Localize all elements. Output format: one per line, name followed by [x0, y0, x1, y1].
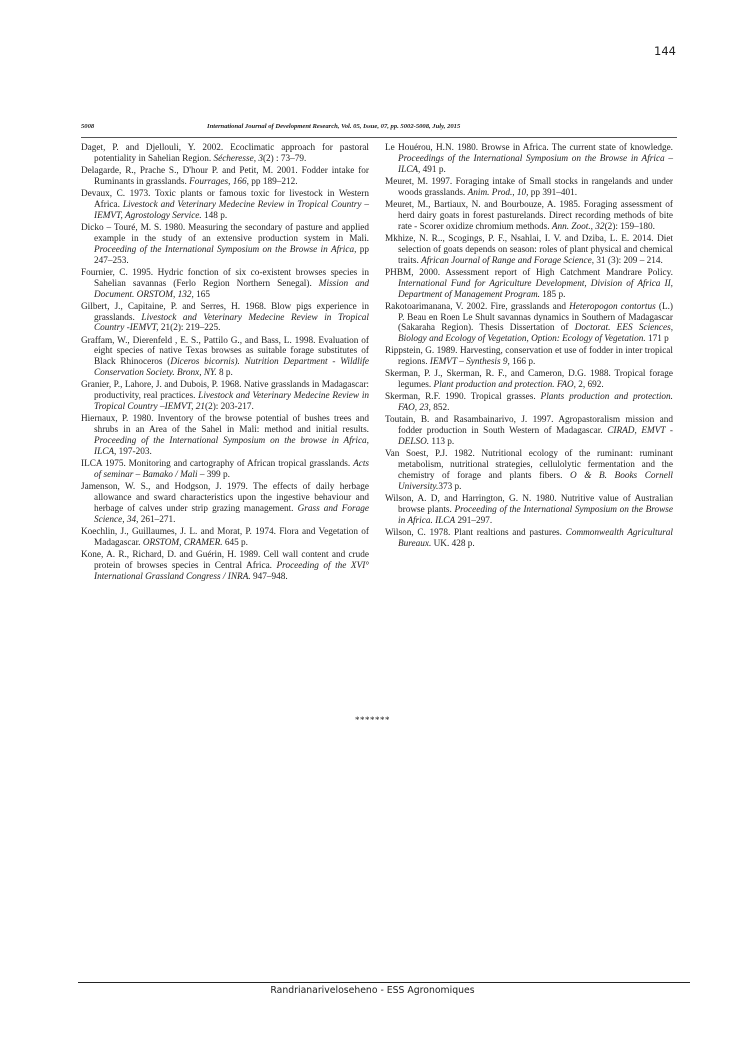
- reference-text: 165: [194, 290, 210, 300]
- reference-entry: Skerman, R.F. 1990. Tropical grasses. Pl…: [385, 392, 673, 414]
- reference-text: 491 p.: [420, 165, 445, 175]
- references-left-column: Daget, P. and Djellouli, Y. 2002. Ecocli…: [81, 143, 369, 584]
- reference-entry: Kone, A. R., Richard, D. and Guérin, H. …: [81, 550, 369, 583]
- reference-text: UK. 428 p.: [431, 539, 474, 549]
- reference-text: PHBM, 2000. Assessment report of High Ca…: [385, 268, 673, 278]
- reference-source: Fourrages, 166: [189, 177, 247, 187]
- reference-entry: Mkhize, N. R.., Scogings, P. F., Nsahlai…: [385, 234, 673, 267]
- reference-source: Plant production and protection. FAO,: [433, 380, 576, 390]
- reference-entry: Granier, P., Lahore, J. and Dubois, P. 1…: [81, 380, 369, 413]
- reference-source: Ann. Zoot., 32: [552, 222, 605, 232]
- reference-entry: Skerman, P. J., Skerman, R. F., and Came…: [385, 369, 673, 391]
- reference-entry: Meuret, M. 1997. Foraging intake of Smal…: [385, 177, 673, 199]
- reference-text: – 399 p.: [198, 470, 230, 480]
- end-mark: *******: [0, 715, 745, 725]
- reference-text: 166 p.: [510, 357, 535, 367]
- reference-entry: Hiernaux, P. 1980. Inventory of the brow…: [81, 414, 369, 458]
- reference-source: African Journal of Range and Forage Scie…: [421, 256, 592, 266]
- reference-source: Livestock and Veterinary Medecine Review…: [94, 200, 369, 221]
- reference-entry: Dicko – Touré, M. S. 1980. Measuring the…: [81, 223, 369, 267]
- reference-source: Sécheresse, 3: [213, 154, 262, 164]
- reference-text: , 852.: [429, 403, 450, 413]
- reference-entry: Gilbert, J., Capitaine, P. and Serres, H…: [81, 302, 369, 335]
- reference-text: (2): 159–180.: [605, 222, 655, 232]
- reference-text: 2, 692.: [576, 380, 604, 390]
- reference-entry: Meuret, M., Bartiaux, N. and Bourbouze, …: [385, 200, 673, 233]
- reference-entry: ILCA 1975. Monitoring and cartography of…: [81, 459, 369, 481]
- reference-text: 185 p.: [540, 290, 565, 300]
- footer-text: Randrianariveloseheno - ESS Agronomiques: [0, 985, 745, 996]
- footer-divider: [78, 982, 690, 983]
- reference-text: , pp 189–212.: [247, 177, 298, 187]
- references-right-column: Le Houérou, H.N. 1980. Browse in Africa.…: [385, 143, 673, 551]
- reference-entry: Wilson, C. 1978. Plant realtions and pas…: [385, 528, 673, 550]
- reference-text: 947–948.: [251, 572, 288, 582]
- folio: 5008: [81, 123, 94, 130]
- reference-entry: Toutain, B. and Rasambainarivo, J. 1997.…: [385, 415, 673, 448]
- reference-source: ORSTOM, CRAMER.: [143, 538, 223, 548]
- reference-entry: Rippstein, G. 1989. Harvesting, conserva…: [385, 346, 673, 368]
- reference-text: (2): 203-217.: [205, 402, 254, 412]
- reference-text: Rakotoarimanana, V. 2002. Fire, grasslan…: [385, 302, 569, 312]
- reference-text: Skerman, R.F. 1990. Tropical grasses.: [385, 392, 541, 402]
- reference-text: (2) : 73–79.: [263, 154, 306, 164]
- journal-citation: International Journal of Development Res…: [207, 123, 460, 130]
- reference-text: Wilson, C. 1978. Plant realtions and pas…: [385, 528, 566, 538]
- reference-entry: Rakotoarimanana, V. 2002. Fire, grasslan…: [385, 302, 673, 346]
- reference-text: 8 p.: [217, 368, 233, 378]
- reference-entry: Graffam, W., Dierenfeld , E. S., Pattilo…: [81, 336, 369, 380]
- reference-text: , 31 (3): 209 – 214.: [592, 256, 663, 266]
- reference-entry: Delagarde, R., Prache S., D'hour P. and …: [81, 166, 369, 188]
- reference-text: ILCA 1975. Monitoring and cartography of…: [81, 459, 353, 469]
- reference-text: 113 p.: [429, 437, 454, 447]
- reference-text: Le Houérou, H.N. 1980. Browse in Africa.…: [385, 143, 673, 153]
- reference-text: 373 p.: [438, 482, 461, 492]
- reference-text: , 197-203.: [114, 447, 152, 457]
- reference-entry: Van Soest, P.J. 1982. Nutritional ecolog…: [385, 449, 673, 493]
- reference-entry: Jamenson, W. S., and Hodgson, J. 1979. T…: [81, 482, 369, 526]
- reference-entry: Fournier, C. 1995. Hydric fonction of si…: [81, 268, 369, 301]
- reference-entry: Wilson, A. D, and Harrington, G. N. 1980…: [385, 494, 673, 527]
- reference-text: Hiernaux, P. 1980. Inventory of the brow…: [81, 414, 369, 435]
- reference-source: Anim. Prod., 10,: [468, 188, 529, 198]
- reference-text: 291–297.: [455, 516, 492, 526]
- reference-text: Dicko – Touré, M. S. 1980. Measuring the…: [81, 223, 369, 244]
- reference-entry: Devaux, C. 1973. Toxic plants or famous …: [81, 189, 369, 222]
- reference-entry: PHBM, 2000. Assessment report of High Ca…: [385, 268, 673, 301]
- page-number: 144: [654, 44, 676, 58]
- running-header: 5008 International Journal of Developmen…: [81, 123, 677, 135]
- reference-entry: Le Houérou, H.N. 1980. Browse in Africa.…: [385, 143, 673, 176]
- reference-entry: Koechlin, J., Guillaumes, J. L. and Mora…: [81, 527, 369, 549]
- reference-text: 645 p.: [223, 538, 248, 548]
- reference-source: International Fund for Agriculture Devel…: [398, 279, 673, 300]
- reference-text: pp 391–401.: [528, 188, 577, 198]
- reference-text: 171 p: [646, 334, 669, 344]
- header-divider: [81, 137, 677, 138]
- reference-text: 21(2): 219–225.: [159, 323, 221, 333]
- reference-source: Heteropogon contortus: [569, 302, 656, 312]
- reference-source: IEMVT – Synthesis 9,: [430, 357, 510, 367]
- reference-text: , 261–271.: [136, 515, 175, 525]
- reference-source: Proceeding of the International Symposiu…: [94, 245, 356, 255]
- reference-entry: Daget, P. and Djellouli, Y. 2002. Ecocli…: [81, 143, 369, 165]
- reference-text: 148 p.: [202, 211, 227, 221]
